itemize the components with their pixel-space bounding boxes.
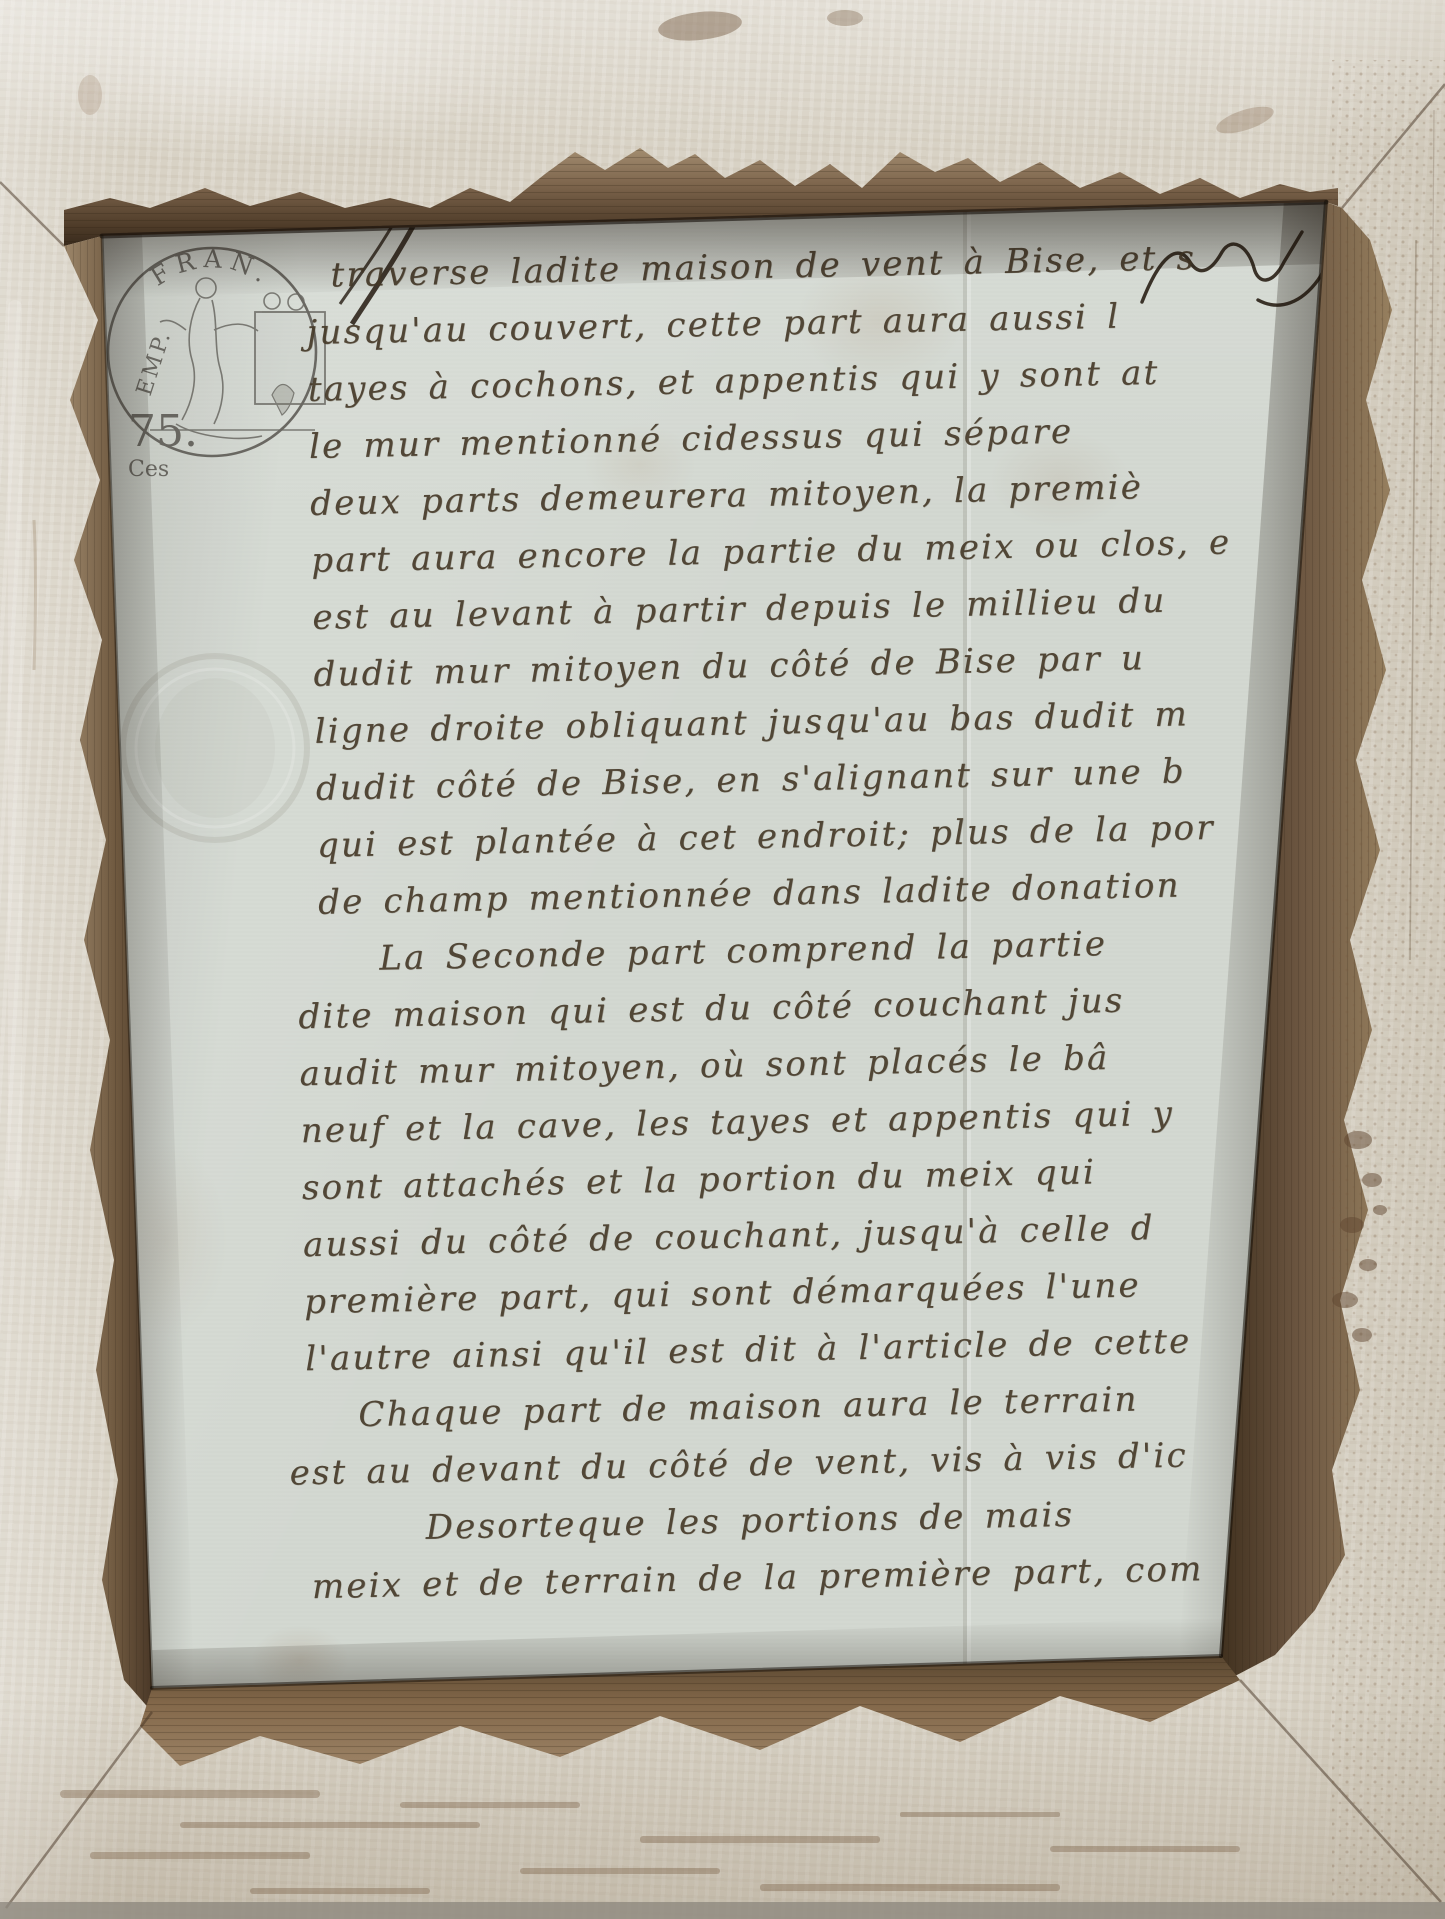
frame-opening-paper: FRAN. EMP. 75.	[0, 0, 1445, 1919]
stamp-arc-top-text: FRAN.	[145, 244, 279, 292]
bottom-edge-band	[0, 1902, 1445, 1919]
right-stile-stains	[1332, 1131, 1387, 1342]
stamp-circle	[108, 248, 316, 456]
stamp-arc-left-text: EMP.	[132, 326, 177, 398]
stamp-value-text: 75.	[128, 406, 198, 457]
framed-manuscript-photo: FRAN. EMP. 75.	[0, 0, 1445, 1919]
stamp-unit-text: Ces	[128, 457, 169, 482]
manuscript-text-block: traverse ladite maison de vent à Bise, e…	[305, 226, 1445, 1616]
bottom-rail-streaks	[60, 1790, 1240, 1894]
revenue-stamp: FRAN. EMP. 75.	[108, 244, 325, 482]
blind-emboss-seal	[123, 656, 307, 840]
stamp-engraving	[150, 278, 325, 438]
